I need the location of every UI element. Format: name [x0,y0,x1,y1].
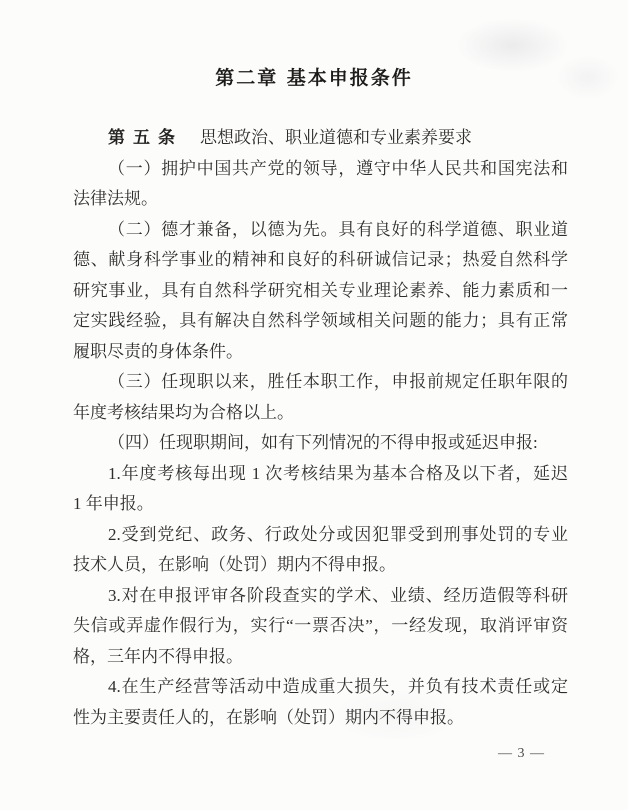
document-page: 第二章 基本申报条件 第五条 思想政治、职业道德和专业素养要求（一）拥护中国共产… [0,0,628,810]
text-line: 年度考核结果均为合格以上。 [73,398,568,429]
text-line: 1.年度考核每出现 1 次考核结果为基本合格及以下者，延迟 [73,459,568,490]
text-line: （二）德才兼备，以德为先。具有良好的科学道德、职业道 [73,215,568,246]
text-line: 研究事业，具有自然科学研究相关专业理论素养、能力素质和一 [73,276,568,307]
text-line: 技术人员，在影响（处罚）期内不得申报。 [73,550,568,581]
text-line: （四）任现职期间，如有下列情况的不得申报或延迟申报: [73,428,568,459]
text-line: 失信或弄虚作假行为，实行“一票否决”，一经发现，取消评审资 [73,611,568,642]
text-line: 1 年申报。 [73,489,568,520]
text-line: 格，三年内不得申报。 [73,642,568,673]
text-line: （三）任现职以来，胜任本职工作，申报前规定任职年限的 [73,367,568,398]
text-line: 第五条 思想政治、职业道德和专业素养要求 [73,123,568,154]
article-body: 第五条 思想政治、职业道德和专业素养要求（一）拥护中国共产党的领导，遵守中华人民… [73,123,568,733]
article-number-label: 第五条 [108,128,183,148]
text-line: （一）拥护中国共产党的领导，遵守中华人民共和国宪法和 [73,154,568,185]
text-line: 3.对在申报评审各阶段查实的学术、业绩、经历造假等科研 [73,581,568,612]
page-number: — 3 — [498,746,545,762]
chapter-title: 第二章 基本申报条件 [0,63,628,90]
text-line: 性为主要责任人的，在影响（处罚）期内不得申报。 [73,703,568,734]
text-line: 法律法规。 [73,184,568,215]
text-line: 2.受到党纪、政务、行政处分或因犯罪受到刑事处罚的专业 [73,520,568,551]
text-line: 4.在生产经营等活动中造成重大损失，并负有技术责任或定 [73,672,568,703]
text-line: 德、献身科学事业的精神和良好的科研诚信记录；热爱自然科学 [73,245,568,276]
text-line: 履职尽责的身体条件。 [73,337,568,368]
text-line: 定实践经验，具有解决自然科学领域相关问题的能力；具有正常 [73,306,568,337]
